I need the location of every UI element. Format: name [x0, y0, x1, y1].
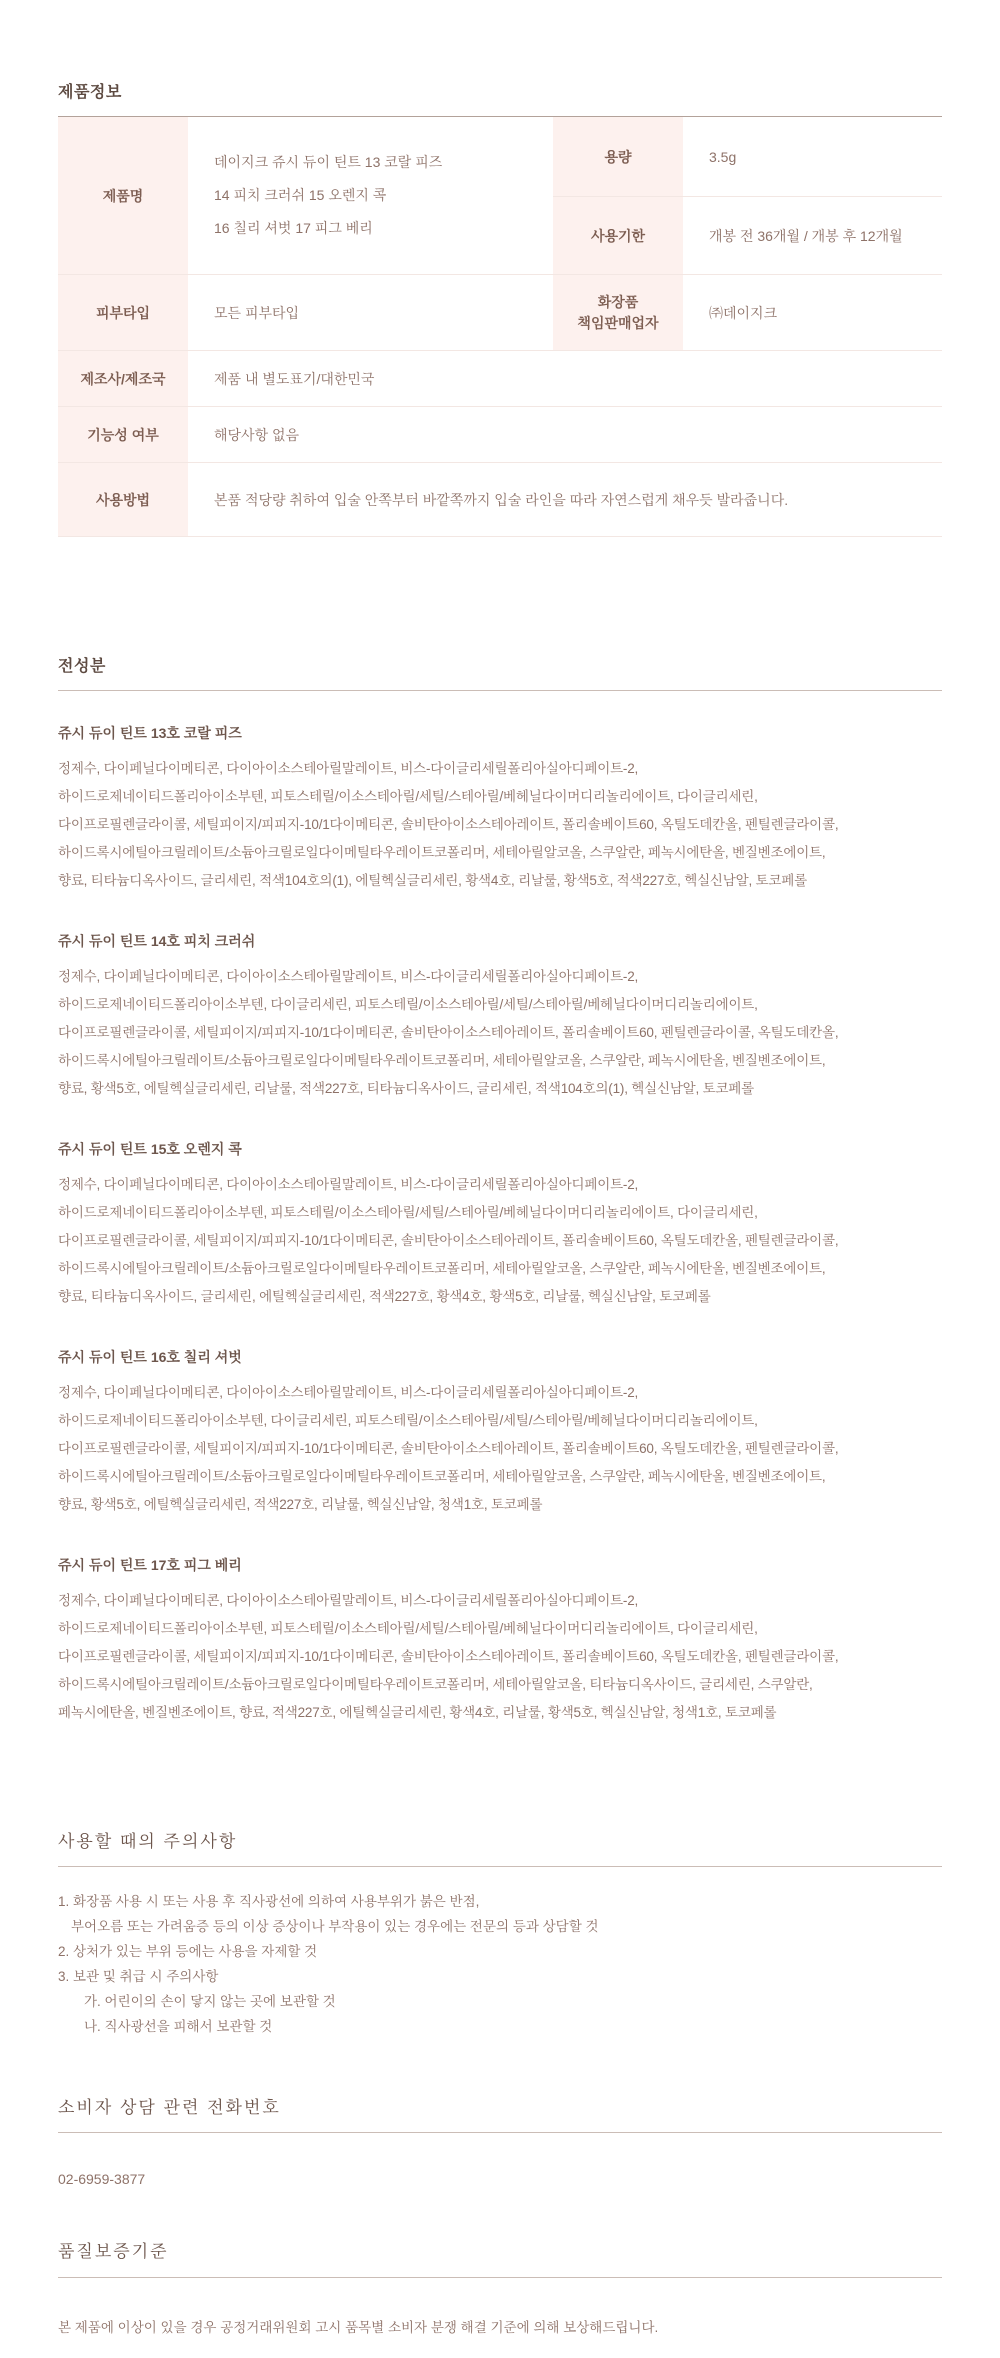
divider [58, 1866, 942, 1867]
ingredient-line: 하이드로제네이티드폴리아이소부텐, 피토스테릴/이소스테아릴/세틸/스테아릴/베… [58, 783, 942, 811]
label-usage: 사용방법 [58, 463, 188, 537]
ingredient-line: 하이드록시에틸아크릴레이트/소듐아크릴로일다이메틸타우레이트코폴리머, 세테아릴… [58, 1255, 942, 1283]
ingredient-line: 하이드로제네이티드폴리아이소부텐, 다이글리세린, 피토스테릴/이소스테아릴/세… [58, 1407, 942, 1435]
ingredient-product-block: 쥬시 듀이 틴트 13호 코랄 피즈 정제수, 다이페닐다이메티콘, 다이아이소… [58, 723, 942, 895]
warranty-text: 본 제품에 이상이 있을 경우 공정거래위원회 고시 품목별 소비자 분쟁 해결… [58, 2316, 942, 2336]
ingredient-product-name: 쥬시 듀이 틴트 15호 오렌지 콕 [58, 1139, 942, 1159]
ingredient-line: 향료, 황색5호, 에틸헥실글리세린, 적색227호, 리날룰, 헥실신남알, … [58, 1491, 942, 1519]
contact-phone-number: 02-6959-3877 [58, 2171, 942, 2187]
precautions-title: 사용할 때의 주의사항 [58, 1827, 942, 1852]
ingredient-list: 정제수, 다이페닐다이메티콘, 다이아이소스테아릴말레이트, 비스-다이글리세릴… [58, 1379, 942, 1519]
value-seller: ㈜데이지크 [683, 275, 942, 351]
label-shelf-life: 사용기한 [553, 197, 683, 275]
label-seller-line: 화장품 [557, 292, 679, 312]
product-name-line: 16 칠리 셔벗 17 피그 베리 [214, 212, 543, 245]
ingredient-line: 향료, 티타늄디옥사이드, 글리세린, 적색104호의(1), 에틸헥실글리세린… [58, 867, 942, 895]
product-info-title: 제품정보 [58, 79, 942, 102]
ingredient-line: 정제수, 다이페닐다이메티콘, 다이아이소스테아릴말레이트, 비스-다이글리세릴… [58, 1171, 942, 1199]
warranty-section: 품질보증기준 본 제품에 이상이 있을 경우 공정거래위원회 고시 품목별 소비… [58, 2237, 942, 2335]
label-seller-line: 책임판매업자 [557, 313, 679, 333]
ingredient-line: 다이프로필렌글라이콜, 세틸피이지/피피지-10/1다이메티콘, 솔비탄아이소스… [58, 1435, 942, 1463]
ingredient-list: 정제수, 다이페닐다이메티콘, 다이아이소스테아릴말레이트, 비스-다이글리세릴… [58, 755, 942, 895]
precaution-line: 나. 직사광선을 피해서 보관할 것 [58, 2014, 942, 2039]
ingredient-product-block: 쥬시 듀이 틴트 17호 피그 베리 정제수, 다이페닐다이메티콘, 다이아이소… [58, 1555, 942, 1727]
label-seller: 화장품 책임판매업자 [553, 275, 683, 351]
ingredient-list: 정제수, 다이페닐다이메티콘, 다이아이소스테아릴말레이트, 비스-다이글리세릴… [58, 1171, 942, 1311]
precaution-line: 가. 어린이의 손이 닿지 않는 곳에 보관할 것 [58, 1989, 942, 2014]
divider [58, 690, 942, 691]
precaution-line: 3. 보관 및 취급 시 주의사항 [58, 1964, 942, 1989]
ingredient-line: 하이드록시에틸아크릴레이트/소듐아크릴로일다이메틸타우레이트코폴리머, 세테아릴… [58, 839, 942, 867]
value-skin-type: 모든 피부타입 [188, 275, 553, 351]
value-shelf-life: 개봉 전 36개월 / 개봉 후 12개월 [683, 197, 942, 275]
ingredient-line: 하이드로제네이티드폴리아이소부텐, 피토스테릴/이소스테아릴/세틸/스테아릴/베… [58, 1615, 942, 1643]
label-functional: 기능성 여부 [58, 407, 188, 463]
ingredient-line: 페녹시에탄올, 벤질벤조에이트, 향료, 적색227호, 에틸헥실글리세린, 황… [58, 1699, 942, 1727]
precaution-line: 2. 상처가 있는 부위 등에는 사용을 자제할 것 [58, 1939, 942, 1964]
precaution-line: 1. 화장품 사용 시 또는 사용 후 직사광선에 의하여 사용부위가 붉은 반… [58, 1889, 942, 1914]
value-manufacturer: 제품 내 별도표기/대한민국 [188, 351, 942, 407]
label-volume: 용량 [553, 117, 683, 197]
label-skin-type: 피부타입 [58, 275, 188, 351]
ingredient-line: 하이드록시에틸아크릴레이트/소듐아크릴로일다이메틸타우레이트코폴리머, 세테아릴… [58, 1463, 942, 1491]
ingredient-list: 정제수, 다이페닐다이메티콘, 다이아이소스테아릴말레이트, 비스-다이글리세릴… [58, 963, 942, 1103]
ingredient-product-block: 쥬시 듀이 틴트 14호 피치 크러쉬 정제수, 다이페닐다이메티콘, 다이아이… [58, 931, 942, 1103]
divider [58, 2277, 942, 2278]
ingredient-product-name: 쥬시 듀이 틴트 13호 코랄 피즈 [58, 723, 942, 743]
value-usage: 본품 적당량 취하여 입술 안쪽부터 바깥쪽까지 입술 라인을 따라 자연스럽게… [188, 463, 942, 537]
warranty-title: 품질보증기준 [58, 2237, 942, 2262]
precautions-section: 사용할 때의 주의사항 1. 화장품 사용 시 또는 사용 후 직사광선에 의하… [58, 1827, 942, 2039]
precaution-line: 부어오름 또는 가려움증 등의 이상 증상이나 부작용이 있는 경우에는 전문의… [58, 1914, 942, 1939]
ingredient-line: 향료, 티타늄디옥사이드, 글리세린, 에틸헥실글리세린, 적색227호, 황색… [58, 1283, 942, 1311]
value-functional: 해당사항 없음 [188, 407, 942, 463]
ingredient-product-block: 쥬시 듀이 틴트 16호 칠리 셔벗 정제수, 다이페닐다이메티콘, 다이아이소… [58, 1347, 942, 1519]
label-manufacturer: 제조사/제조국 [58, 351, 188, 407]
ingredient-line: 하이드록시에틸아크릴레이트/소듐아크릴로일다이메틸타우레이트코폴리머, 세테아릴… [58, 1047, 942, 1075]
ingredient-line: 정제수, 다이페닐다이메티콘, 다이아이소스테아릴말레이트, 비스-다이글리세릴… [58, 963, 942, 991]
contact-section: 소비자 상담 관련 전화번호 02-6959-3877 [58, 2093, 942, 2187]
ingredient-line: 정제수, 다이페닐다이메티콘, 다이아이소스테아릴말레이트, 비스-다이글리세릴… [58, 1379, 942, 1407]
product-info-table: 제품명 데이지크 쥬시 듀이 틴트 13 코랄 피즈 14 피치 크러쉬 15 … [58, 116, 942, 537]
ingredient-line: 정제수, 다이페닐다이메티콘, 다이아이소스테아릴말레이트, 비스-다이글리세릴… [58, 755, 942, 783]
divider [58, 2132, 942, 2133]
ingredient-product-name: 쥬시 듀이 틴트 17호 피그 베리 [58, 1555, 942, 1575]
ingredient-line: 다이프로필렌글라이콜, 세틸피이지/피피지-10/1다이메티콘, 솔비탄아이소스… [58, 811, 942, 839]
product-detail-page: 제품정보 제품명 데이지크 쥬시 듀이 틴트 13 코랄 피즈 14 피치 크러… [0, 0, 1000, 2358]
ingredient-product-block: 쥬시 듀이 틴트 15호 오렌지 콕 정제수, 다이페닐다이메티콘, 다이아이소… [58, 1139, 942, 1311]
ingredient-line: 향료, 황색5호, 에틸헥실글리세린, 리날룰, 적색227호, 티타늄디옥사이… [58, 1075, 942, 1103]
product-name-line: 14 피치 크러쉬 15 오렌지 콕 [214, 179, 543, 212]
label-product-name: 제품명 [58, 117, 188, 275]
ingredient-line: 정제수, 다이페닐다이메티콘, 다이아이소스테아릴말레이트, 비스-다이글리세릴… [58, 1587, 942, 1615]
ingredient-line: 하이드록시에틸아크릴레이트/소듐아크릴로일다이메틸타우레이트코폴리머, 세테아릴… [58, 1671, 942, 1699]
ingredient-line: 다이프로필렌글라이콜, 세틸피이지/피피지-10/1다이메티콘, 솔비탄아이소스… [58, 1227, 942, 1255]
precautions-list: 1. 화장품 사용 시 또는 사용 후 직사광선에 의하여 사용부위가 붉은 반… [58, 1889, 942, 2039]
ingredient-product-name: 쥬시 듀이 틴트 16호 칠리 셔벗 [58, 1347, 942, 1367]
ingredient-line: 하이드로제네이티드폴리아이소부텐, 피토스테릴/이소스테아릴/세틸/스테아릴/베… [58, 1199, 942, 1227]
ingredient-list: 정제수, 다이페닐다이메티콘, 다이아이소스테아릴말레이트, 비스-다이글리세릴… [58, 1587, 942, 1727]
contact-title: 소비자 상담 관련 전화번호 [58, 2093, 942, 2118]
ingredient-product-name: 쥬시 듀이 틴트 14호 피치 크러쉬 [58, 931, 942, 951]
ingredient-line: 다이프로필렌글라이콜, 세틸피이지/피피지-10/1다이메티콘, 솔비탄아이소스… [58, 1643, 942, 1671]
ingredient-line: 다이프로필렌글라이콜, 세틸피이지/피피지-10/1다이메티콘, 솔비탄아이소스… [58, 1019, 942, 1047]
value-product-name: 데이지크 쥬시 듀이 틴트 13 코랄 피즈 14 피치 크러쉬 15 오렌지 … [188, 117, 553, 275]
ingredients-title: 전성분 [58, 653, 942, 676]
value-volume: 3.5g [683, 117, 942, 197]
product-name-line: 데이지크 쥬시 듀이 틴트 13 코랄 피즈 [214, 146, 543, 179]
ingredients-section: 전성분 쥬시 듀이 틴트 13호 코랄 피즈 정제수, 다이페닐다이메티콘, 다… [58, 653, 942, 1727]
product-info-section: 제품정보 제품명 데이지크 쥬시 듀이 틴트 13 코랄 피즈 14 피치 크러… [58, 79, 942, 537]
ingredient-line: 하이드로제네이티드폴리아이소부텐, 다이글리세린, 피토스테릴/이소스테아릴/세… [58, 991, 942, 1019]
